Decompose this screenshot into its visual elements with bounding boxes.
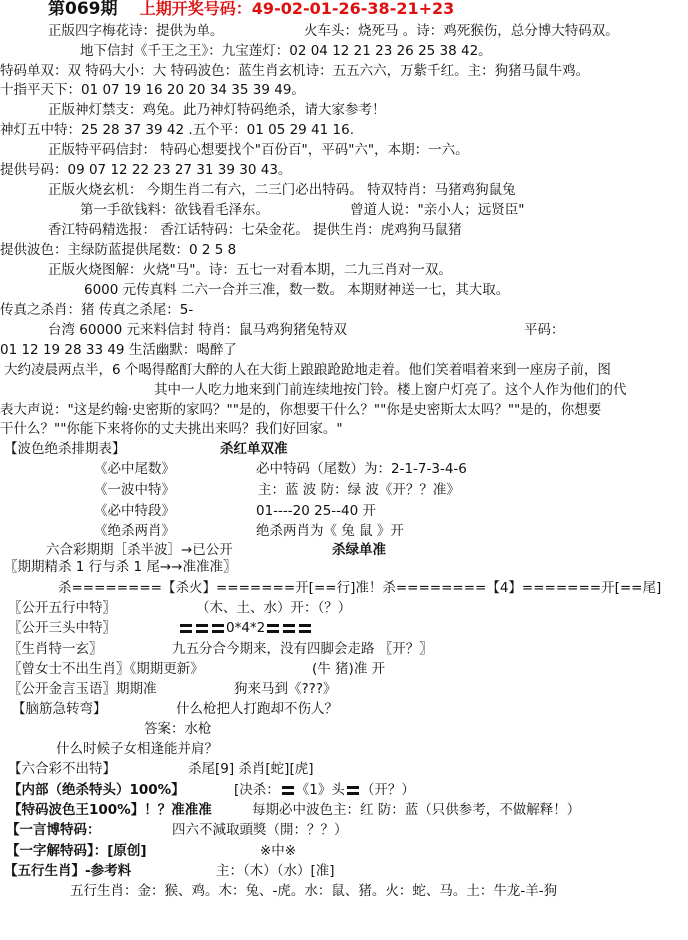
ms-zeng-label: 〖曾女士不出生肖〗《期期更新》 bbox=[8, 660, 204, 678]
internal-kill-label: 【内部（绝杀特头）100%】 bbox=[8, 781, 185, 799]
taiwan-envelope-line: 台湾 60000 元来料信封 特肖：鼠马鸡狗猪兔特双 bbox=[48, 321, 347, 339]
story-line-1: 大约凌晨两点半，6 个喝得酩酊大醉的人在大街上踉踉跄跄地走着。他们笑着唱着来到一… bbox=[4, 361, 611, 379]
daoist-saying-line: 曾道人说："亲小人；远贤臣" bbox=[350, 201, 524, 219]
golden-words-label: 〖公开金言玉语〗期期准 bbox=[8, 680, 157, 698]
one-word-value: 四六不減取頭獎（開：？？） bbox=[172, 821, 348, 839]
internal-kill-head: 《1》头 bbox=[296, 782, 345, 798]
special-code-attributes-line: 特码单双：双 特码大小：大 特码波色：蓝生肖玄机诗：五五六六，万紫千红。主：狗猪… bbox=[0, 62, 589, 80]
story-line-4: 干什么？""你能下来将你的丈夫挑出来吗？我们好回家。" bbox=[0, 420, 343, 438]
block-bar-icon bbox=[282, 786, 294, 795]
divine-lamp-ban-line: 正版神灯禁支：鸡兔。此乃神灯特码绝杀，请大家参考！ bbox=[48, 101, 386, 119]
three-heads-digits: 0*4*2 bbox=[226, 620, 265, 636]
precise-kill-line: 杀========【杀火】=======开[==行]准！杀========【4】… bbox=[58, 579, 661, 597]
fax-kill-line: 传真之杀肖：猪 传真之杀尾：5- bbox=[0, 301, 193, 319]
flat-code-label: 平码： bbox=[524, 321, 565, 339]
block-bar-icon bbox=[180, 624, 192, 633]
fax-material-line: 6000 元传真料 二六一合并三准，数一数。 本期财神送一七，其大取。 bbox=[84, 281, 509, 299]
riddle-label: 【脑筋急转弯】 bbox=[12, 700, 107, 718]
one-char-label: 【一字解特码】：[原创] bbox=[6, 842, 147, 860]
underground-envelope-line: 地下信封《千王之王》：九宝莲灯：02 04 12 21 23 26 25 38 … bbox=[80, 42, 492, 60]
hongkong-report-line: 香江特码精选报： 香江话特码：七朵金花。 提供生肖：虎鸡狗马鼠猪 bbox=[48, 221, 462, 239]
fire-mystery-line: 正版火烧玄机： 今期生肖二有六，二三门必出特码。 特双特肖：马猪鸡狗鼠兔 bbox=[48, 181, 516, 199]
table-row-label: 《必中特段》 bbox=[94, 502, 175, 520]
internal-kill-prefix: [决杀： bbox=[234, 782, 280, 798]
block-bar-icon bbox=[196, 624, 208, 633]
wave-kill-table-title: 【波色绝杀排期表】 bbox=[4, 440, 126, 458]
one-word-label: 【一言博特码： bbox=[6, 821, 101, 839]
block-bar-icon bbox=[347, 786, 359, 795]
five-elements-zodiac-main: 主：（木）（水）[准] bbox=[216, 862, 335, 880]
one-char-value: ※中※ bbox=[260, 842, 296, 860]
five-elements-zodiac-label: 【五行生肖】-参考料 bbox=[4, 862, 131, 880]
wave-kill-table-note: 杀红单双准 bbox=[220, 440, 288, 458]
table-row-label: 《绝杀两肖》 bbox=[94, 522, 175, 540]
ms-zeng-value: (牛 猪)准 开 bbox=[312, 660, 385, 678]
internal-kill-value: [决杀：《1》头（开？） bbox=[234, 781, 415, 799]
precise-kill-title: 〖期期精杀 1 行与杀 1 尾→→准准准〗 bbox=[4, 558, 236, 576]
table-row-label: 《一波中特》 bbox=[94, 481, 175, 499]
story-line-3: 表大声说："这是约翰·史密斯的家吗？""是的，你想要干什么？""你是史密斯太太吗… bbox=[0, 401, 601, 419]
half-wave-line: 六合彩期期［杀半波］→已公开 bbox=[46, 541, 233, 559]
provided-numbers-line: 提供号码：09 07 12 22 23 27 31 39 30 43。 bbox=[0, 161, 291, 179]
plum-poem-line: 正版四字梅花诗：提供为单。 bbox=[48, 22, 224, 40]
riddle-answer: 答案：水枪 bbox=[144, 720, 212, 738]
five-elements-label: 〖公开五行中特〗 bbox=[8, 599, 116, 617]
story-line-2: 其中一人吃力地来到门前连续地按门铃。楼上窗户灯亮了。这个人作为他们的代 bbox=[154, 381, 627, 399]
five-elements-zodiac-list: 五行生肖：金：猴、鸡。木：兔、-虎。水：鼠、猪。火：蛇、马。土：牛龙-羊-狗 bbox=[70, 882, 557, 900]
table-row-label: 《必中尾数》 bbox=[94, 460, 175, 478]
special-flat-envelope-line: 正版特平码信封： 特码心想要找个"百份百"，平码"六"，本期：一六。 bbox=[48, 141, 469, 159]
first-hand-line: 第一手欲钱料：欲钱看毛泽东。 bbox=[80, 201, 269, 219]
zodiac-mystery-value: 九五分合今期来，没有四脚会走路 〖开？〗 bbox=[172, 640, 433, 658]
riddle-question-2: 什么时候子女相逢能并肩？ bbox=[56, 740, 218, 758]
train-head-line: 火车头：烧死马 。诗：鸡死猴伤，总分博大特码双。 bbox=[304, 22, 619, 40]
zodiac-mystery-label: 〖生肖特一玄〗 bbox=[8, 640, 103, 658]
wave-king-label: 【特码波色王100%】！？准准准 bbox=[8, 801, 212, 819]
no-special-label: 【六合彩不出特】 bbox=[8, 760, 116, 778]
half-wave-note: 杀绿单准 bbox=[332, 541, 386, 559]
table-row-value: 01----20 25--40 开 bbox=[256, 502, 376, 520]
three-heads-label: 〖公开三头中特〗 bbox=[8, 619, 116, 637]
three-heads-value: 0*4*2 bbox=[178, 619, 313, 637]
table-row-value: 绝杀两肖为《 兔 鼠 》开 bbox=[256, 522, 404, 540]
table-row-value: 必中特码（尾数）为：2-1-7-3-4-6 bbox=[256, 460, 467, 478]
wave-color-line: 提供波色：主绿防蓝提供尾数：0 2 5 8 bbox=[0, 241, 236, 259]
block-bar-icon bbox=[267, 624, 279, 633]
five-elements-value: （木、土、水）开：（？） bbox=[196, 599, 351, 617]
no-special-value: 杀尾[9] 杀肖[蛇][虎] bbox=[188, 760, 313, 778]
wave-king-value: 每期必中波色主：红 防：蓝（只供参考，不做解释！） bbox=[252, 801, 580, 819]
ten-fingers-line: 十指平天下：01 07 19 16 20 20 34 35 39 49。 bbox=[0, 81, 305, 99]
golden-words-value: 狗来马到《???》 bbox=[234, 680, 337, 698]
numbers-humor-line: 01 12 19 28 33 49 生活幽默：喝醉了 bbox=[0, 341, 237, 359]
issue-header: 第069期 上期开奖号码：49-02-01-26-38-21+23 bbox=[48, 0, 454, 19]
block-bar-icon bbox=[283, 624, 295, 633]
fire-diagram-line: 正版火烧图解：火烧"马"。诗：五七一对看本期，二九三肖对一双。 bbox=[48, 261, 452, 279]
issue-number: 第069期 bbox=[48, 0, 118, 19]
previous-draw-numbers: 上期开奖号码：49-02-01-26-38-21+23 bbox=[140, 0, 454, 18]
block-bar-icon bbox=[212, 624, 224, 633]
block-bar-icon bbox=[299, 624, 311, 633]
divine-lamp-five-line: 神灯五中特：25 28 37 39 42 .五个平：01 05 29 41 16… bbox=[0, 121, 354, 139]
riddle-question: 什么枪把人打跑却不伤人？ bbox=[176, 700, 338, 718]
internal-kill-suffix: （开？） bbox=[361, 782, 415, 798]
table-row-value: 主：蓝 波 防：绿 波《开？？准》 bbox=[258, 481, 460, 499]
